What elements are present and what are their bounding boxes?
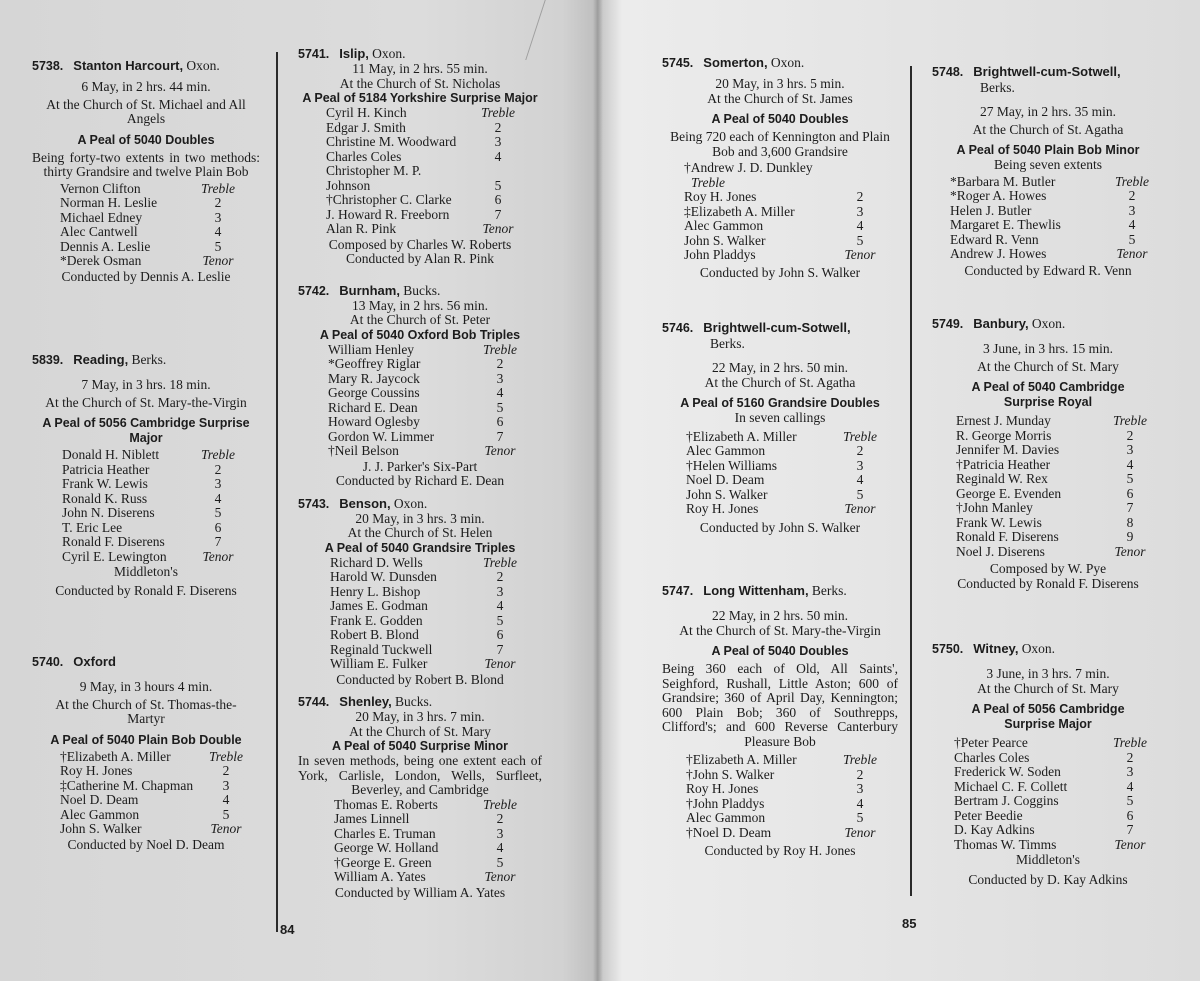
ringer-row: Margaret E. Thewlis4 xyxy=(950,218,1156,233)
peal-entry-5749: 5749.Banbury, Oxon. 3 June, in 3 hrs. 15… xyxy=(932,316,1164,591)
entry-church: At the Church of St. Thomas-the-Martyr xyxy=(32,698,260,727)
entry-date: 20 May, in 3 hrs. 3 min. xyxy=(298,512,542,527)
entry-church: At the Church of St. Mary xyxy=(932,682,1164,697)
ringer-row: John N. Diserens5 xyxy=(62,506,242,521)
ringer-row: Alec Gammon4 xyxy=(684,219,884,234)
entry-church: At the Church of St. Peter xyxy=(298,313,542,328)
ringer-row: John S. Walker5 xyxy=(684,234,884,249)
ringer-row: D. Kay Adkins7 xyxy=(954,823,1154,838)
peal-title: A Peal of 5160 Grandsire Doubles xyxy=(662,396,898,411)
ringer-row: †Christopher C. Clarke6 xyxy=(326,193,522,208)
ringer-row: †Andrew J. D. DunkleyTreble xyxy=(684,161,884,190)
entry-number: 5741. xyxy=(298,47,329,61)
entry-header: 5749.Banbury, Oxon. xyxy=(932,316,1164,332)
ringer-row: R. George Morris2 xyxy=(956,429,1154,444)
peal-title: A Peal of 5040 Cambridge Surprise Royal xyxy=(932,380,1164,410)
ringer-row: Ronald F. Diserens7 xyxy=(62,535,242,550)
entry-conductor: Conducted by William A. Yates xyxy=(298,886,542,901)
ringer-row: Alec Cantwell4 xyxy=(60,225,242,240)
ringer-row: T. Eric Lee6 xyxy=(62,521,242,536)
ringer-row: Henry L. Bishop3 xyxy=(330,585,524,600)
ringer-row: Norman H. Leslie2 xyxy=(60,196,242,211)
ringer-row: Frank W. Lewis8 xyxy=(956,516,1154,531)
ringer-row: Charles Coles4 xyxy=(326,150,522,165)
ringer-row: J. Howard R. Freeborn7 xyxy=(326,208,522,223)
entry-place: Brightwell-cum-Sotwell, xyxy=(973,64,1120,79)
peal-description: Being 360 each of Old, All Saints', Seig… xyxy=(662,662,898,749)
ringer-row: George E. Evenden6 xyxy=(956,487,1154,502)
entry-composer: Composed by Charles W. Roberts xyxy=(298,238,542,253)
ringer-list: Vernon CliftonTreble Norman H. Leslie2 M… xyxy=(32,182,260,269)
ringer-row: †John Manley7 xyxy=(956,501,1154,516)
entry-header: 5741.Islip, Oxon. xyxy=(298,46,542,62)
peal-description: Being 720 each of Kennington and Plain B… xyxy=(662,130,898,159)
ringer-row: Frank W. Lewis3 xyxy=(62,477,242,492)
entry-number: 5749. xyxy=(932,317,963,331)
peal-entry-5742: 5742.Burnham, Bucks. 13 May, in 2 hrs. 5… xyxy=(298,283,542,489)
ringer-row: Alan R. PinkTenor xyxy=(326,222,522,237)
entry-header: 5748.Brightwell-cum-Sotwell,Berks. xyxy=(932,64,1164,95)
entry-county: Berks. xyxy=(131,352,166,367)
entry-place: Islip, xyxy=(339,46,369,61)
entry-county: Bucks. xyxy=(395,694,432,709)
ringer-list: Cyril H. KinchTreble Edgar J. Smith2 Chr… xyxy=(298,106,542,237)
ringer-row: †Peter PearceTreble xyxy=(954,736,1154,751)
ringer-row: Donald H. NiblettTreble xyxy=(62,448,242,463)
ringer-row: Alec Gammon5 xyxy=(60,808,250,823)
entry-conductor: Conducted by Robert B. Blond xyxy=(298,673,542,688)
ringer-row: John S. WalkerTenor xyxy=(60,822,250,837)
entry-church: At the Church of St. Mary-the-Virgin xyxy=(662,624,898,639)
entry-county: Oxon. xyxy=(372,46,405,61)
entry-place: Long Wittenham, xyxy=(703,583,808,598)
ringer-row: Reginald W. Rex5 xyxy=(956,472,1154,487)
entry-date: 11 May, in 2 hrs. 55 min. xyxy=(298,62,542,77)
ringer-row: Alec Gammon2 xyxy=(686,444,884,459)
entry-conductor: Conducted by Ronald F. Diserens xyxy=(932,577,1164,592)
entry-church: At the Church of St. Agatha xyxy=(662,376,898,391)
entry-number: 5743. xyxy=(298,497,329,511)
entry-county: Berks. xyxy=(812,583,847,598)
entry-header: 5746.Brightwell-cum-Sotwell,Berks. xyxy=(662,320,898,351)
entry-number: 5839. xyxy=(32,353,63,367)
ringer-row: ‡Elizabeth A. Miller3 xyxy=(684,205,884,220)
ringer-list: †Elizabeth A. MillerTreble Roy H. Jones2… xyxy=(32,750,260,837)
entry-date: 20 May, in 3 hrs. 7 min. xyxy=(298,710,542,725)
entry-number: 5742. xyxy=(298,284,329,298)
entry-date: 13 May, in 2 hrs. 56 min. xyxy=(298,299,542,314)
ringer-row: William E. FulkerTenor xyxy=(330,657,524,672)
ringer-list: †Andrew J. D. DunkleyTreble Roy H. Jones… xyxy=(662,161,898,263)
ringer-row: Ronald F. Diserens9 xyxy=(956,530,1154,545)
ringer-row: *Derek OsmanTenor xyxy=(60,254,242,269)
ringer-list: †Peter PearceTreble Charles Coles2 Frede… xyxy=(932,736,1164,852)
entry-number: 5745. xyxy=(662,56,693,70)
entry-place: Reading, xyxy=(73,352,128,367)
peal-entry-5743: 5743.Benson, Oxon. 20 May, in 3 hrs. 3 m… xyxy=(298,496,542,688)
ringer-row: Roy H. Jones2 xyxy=(60,764,250,779)
ringer-row: Edward R. Venn5 xyxy=(950,233,1156,248)
ringer-row: Christine M. Woodward3 xyxy=(326,135,522,150)
peal-entry-5740: 5740.Oxford 9 May, in 3 hours 4 min. At … xyxy=(32,654,260,852)
ringer-row: †John S. Walker2 xyxy=(686,768,884,783)
peal-entry-5747: 5747.Long Wittenham, Berks. 22 May, in 2… xyxy=(662,583,898,859)
entry-place: Brightwell-cum-Sotwell, xyxy=(703,320,850,335)
ringer-row: Edgar J. Smith2 xyxy=(326,121,522,136)
ringer-row: Frederick W. Soden3 xyxy=(954,765,1154,780)
ringer-list: Ernest J. MundayTreble R. George Morris2… xyxy=(932,414,1164,559)
ringer-row: Noel D. Deam4 xyxy=(60,793,250,808)
ringer-row: Jennifer M. Davies3 xyxy=(956,443,1154,458)
peal-title: A Peal of 5040 Doubles xyxy=(32,133,260,148)
ringer-row: Thomas E. RobertsTreble xyxy=(334,798,524,813)
ringer-row: John S. Walker5 xyxy=(686,488,884,503)
ringer-row: Helen J. Butler3 xyxy=(950,204,1156,219)
page-number-left: 84 xyxy=(280,922,294,937)
peal-entry-5746: 5746.Brightwell-cum-Sotwell,Berks. 22 Ma… xyxy=(662,320,898,535)
peal-description: In seven methods, being one extent each … xyxy=(298,754,542,798)
entry-header: 5839.Reading, Berks. xyxy=(32,352,260,368)
entry-conductor: Conducted by Alan R. Pink xyxy=(298,252,542,267)
entry-date: 7 May, in 3 hrs. 18 min. xyxy=(32,378,260,393)
entry-header: 5744.Shenley, Bucks. xyxy=(298,694,542,710)
entry-number: 5744. xyxy=(298,695,329,709)
ringer-row: Thomas W. TimmsTenor xyxy=(954,838,1154,853)
ringer-row: George Coussins4 xyxy=(328,386,524,401)
ringer-row: Noel J. DiserensTenor xyxy=(956,545,1154,560)
ringer-row: Robert B. Blond6 xyxy=(330,628,524,643)
ringer-row: Vernon CliftonTreble xyxy=(60,182,242,197)
entry-church: At the Church of St. Michael and All Ang… xyxy=(32,98,260,127)
entry-header: 5750.Witney, Oxon. xyxy=(932,641,1164,657)
ringer-row: Patricia Heather2 xyxy=(62,463,242,478)
ringer-list: Richard D. WellsTreble Harold W. Dunsden… xyxy=(298,556,542,672)
entry-church: At the Church of St. Helen xyxy=(298,526,542,541)
entry-county: Oxon. xyxy=(1032,316,1065,331)
ringer-row: †Noel D. DeamTenor xyxy=(686,826,884,841)
entry-date: 22 May, in 2 hrs. 50 min. xyxy=(662,609,898,624)
entry-church: At the Church of St. Agatha xyxy=(932,123,1164,138)
peal-title: A Peal of 5040 Plain Bob Double xyxy=(32,733,260,748)
peal-description: Being forty-two extents in two methods: … xyxy=(32,151,260,180)
entry-conductor: Conducted by Roy H. Jones xyxy=(662,844,898,859)
entry-conductor: Conducted by John S. Walker xyxy=(662,521,898,536)
entry-place: Stanton Harcourt, xyxy=(73,58,183,73)
ringer-row: Cyril E. LewingtonTenor xyxy=(62,550,242,565)
book-gutter xyxy=(593,0,603,981)
peal-entry-5744: 5744.Shenley, Bucks. 20 May, in 3 hrs. 7… xyxy=(298,694,542,900)
peal-entry-5745: 5745.Somerton, Oxon. 20 May, in 3 hrs. 5… xyxy=(662,55,898,280)
entry-date: 3 June, in 3 hrs. 7 min. xyxy=(932,667,1164,682)
entry-church: At the Church of St. Nicholas xyxy=(298,77,542,92)
entry-composition: J. J. Parker's Six-Part xyxy=(298,460,542,475)
peal-title: A Peal of 5056 Cambridge Surprise Major xyxy=(932,702,1164,732)
ringer-list: *Barbara M. ButlerTreble *Roger A. Howes… xyxy=(932,175,1164,262)
ringer-list: Thomas E. RobertsTreble James Linnell2 C… xyxy=(298,798,542,885)
ringer-row: James E. Godman4 xyxy=(330,599,524,614)
ringer-row: †Elizabeth A. MillerTreble xyxy=(60,750,250,765)
entry-conductor: Conducted by Edward R. Venn xyxy=(932,264,1164,279)
ringer-row: William HenleyTreble xyxy=(328,343,524,358)
entry-date: 27 May, in 2 hrs. 35 min. xyxy=(932,105,1164,120)
entry-header: 5740.Oxford xyxy=(32,654,260,670)
entry-number: 5746. xyxy=(662,321,693,335)
entry-number: 5747. xyxy=(662,584,693,598)
entry-place: Witney, xyxy=(973,641,1018,656)
peal-title: A Peal of 5040 Grandsire Triples xyxy=(298,541,542,556)
ringer-row: Cyril H. KinchTreble xyxy=(326,106,522,121)
ringer-row: James Linnell2 xyxy=(334,812,524,827)
entry-church: At the Church of St. James xyxy=(662,92,898,107)
ringer-row: Richard D. WellsTreble xyxy=(330,556,524,571)
ringer-row: Mary R. Jaycock3 xyxy=(328,372,524,387)
entry-church: At the Church of St. Mary xyxy=(932,360,1164,375)
entry-composition: Middleton's xyxy=(932,853,1164,868)
ringer-row: Roy H. JonesTenor xyxy=(686,502,884,517)
ringer-row: Roy H. Jones2 xyxy=(684,190,884,205)
entry-header: 5745.Somerton, Oxon. xyxy=(662,55,898,71)
ringer-row: Richard E. Dean5 xyxy=(328,401,524,416)
entry-header: 5742.Burnham, Bucks. xyxy=(298,283,542,299)
entry-composition: Middleton's xyxy=(32,565,260,580)
ringer-row: Ronald K. Russ4 xyxy=(62,492,242,507)
ringer-list: †Elizabeth A. MillerTreble Alec Gammon2 … xyxy=(662,430,898,517)
entry-conductor: Conducted by Dennis A. Leslie xyxy=(32,270,260,285)
entry-conductor: Conducted by Ronald F. Diserens xyxy=(32,584,260,599)
ringer-row: George W. Holland4 xyxy=(334,841,524,856)
entry-county: Oxon. xyxy=(771,55,804,70)
ringer-row: †Neil BelsonTenor xyxy=(328,444,524,459)
peal-description: In seven callings xyxy=(662,411,898,426)
ringer-row: †Patricia Heather4 xyxy=(956,458,1154,473)
peal-title: A Peal of 5040 Doubles xyxy=(662,112,898,127)
peal-title: A Peal of 5040 Plain Bob Minor xyxy=(932,143,1164,158)
entry-conductor: Conducted by Richard E. Dean xyxy=(298,474,542,489)
entry-county: Oxon. xyxy=(186,58,219,73)
peal-title: A Peal of 5184 Yorkshire Surprise Major xyxy=(298,91,542,106)
entry-church: At the Church of St. Mary xyxy=(298,725,542,740)
ringer-row: Noel D. Deam4 xyxy=(686,473,884,488)
ringer-row: Reginald Tuckwell7 xyxy=(330,643,524,658)
entry-place: Banbury, xyxy=(973,316,1028,331)
column-divider-right xyxy=(910,66,912,896)
ringer-row: †John Pladdys4 xyxy=(686,797,884,812)
entry-composer: Composed by W. Pye xyxy=(932,562,1164,577)
entry-header: 5738.Stanton Harcourt, Oxon. xyxy=(32,58,260,74)
ringer-list: †Elizabeth A. MillerTreble †John S. Walk… xyxy=(662,753,898,840)
ringer-list: William HenleyTreble *Geoffrey Riglar2 M… xyxy=(298,343,542,459)
ringer-row: Dennis A. Leslie5 xyxy=(60,240,242,255)
entry-header: 5747.Long Wittenham, Berks. xyxy=(662,583,898,599)
ringer-row: John PladdysTenor xyxy=(684,248,884,263)
ringer-row: Ernest J. MundayTreble xyxy=(956,414,1154,429)
entry-conductor: Conducted by Noel D. Deam xyxy=(32,838,260,853)
ringer-row: †George E. Green5 xyxy=(334,856,524,871)
entry-number: 5738. xyxy=(32,59,63,73)
peal-title: A Peal of 5056 Cambridge Surprise Major xyxy=(32,416,260,446)
column-1: 5738.Stanton Harcourt, Oxon. 6 May, in 2… xyxy=(32,58,260,852)
entry-place: Burnham, xyxy=(339,283,400,298)
entry-date: 3 June, in 3 hrs. 15 min. xyxy=(932,342,1164,357)
entry-conductor: Conducted by D. Kay Adkins xyxy=(932,873,1164,888)
peal-entry-5741: 5741.Islip, Oxon. 11 May, in 2 hrs. 55 m… xyxy=(298,46,542,267)
peal-title: A Peal of 5040 Oxford Bob Triples xyxy=(298,328,542,343)
entry-county: Berks. xyxy=(662,336,898,351)
ringer-row: ‡Catherine M. Chapman3 xyxy=(60,779,250,794)
entry-number: 5748. xyxy=(932,65,963,79)
ringer-row: Michael Edney3 xyxy=(60,211,242,226)
ringer-row: Roy H. Jones3 xyxy=(686,782,884,797)
ringer-row: †Elizabeth A. MillerTreble xyxy=(686,753,884,768)
entry-place: Benson, xyxy=(339,496,390,511)
entry-place: Somerton, xyxy=(703,55,767,70)
peal-entry-5839: 5839.Reading, Berks. 7 May, in 3 hrs. 18… xyxy=(32,352,260,598)
ringer-row: Harold W. Dunsden2 xyxy=(330,570,524,585)
entry-place: Shenley, xyxy=(339,694,392,709)
column-4: 5748.Brightwell-cum-Sotwell,Berks. 27 Ma… xyxy=(932,64,1164,887)
ringer-row: *Roger A. Howes2 xyxy=(950,189,1156,204)
entry-county: Bucks. xyxy=(403,283,440,298)
ringer-row: Charles E. Truman3 xyxy=(334,827,524,842)
ringer-row: Michael C. F. Collett4 xyxy=(954,780,1154,795)
entry-church: At the Church of St. Mary-the-Virgin xyxy=(32,396,260,411)
ringer-row: Frank E. Godden5 xyxy=(330,614,524,629)
column-2: 5741.Islip, Oxon. 11 May, in 2 hrs. 55 m… xyxy=(298,46,542,900)
ringer-row: Peter Beedie6 xyxy=(954,809,1154,824)
entry-county: Berks. xyxy=(932,80,1164,95)
ringer-row: Christopher M. P. Johnson5 xyxy=(326,164,522,193)
entry-number: 5750. xyxy=(932,642,963,656)
column-3: 5745.Somerton, Oxon. 20 May, in 3 hrs. 5… xyxy=(662,55,898,859)
ringer-list: Donald H. NiblettTreble Patricia Heather… xyxy=(32,448,260,564)
entry-date: 22 May, in 2 hrs. 50 min. xyxy=(662,361,898,376)
peal-entry-5750: 5750.Witney, Oxon. 3 June, in 3 hrs. 7 m… xyxy=(932,641,1164,887)
ringer-row: Gordon W. Limmer7 xyxy=(328,430,524,445)
peal-description: Being seven extents xyxy=(932,158,1164,173)
entry-place: Oxford xyxy=(73,654,116,669)
ringer-row: William A. YatesTenor xyxy=(334,870,524,885)
ringer-row: Andrew J. HowesTenor xyxy=(950,247,1156,262)
ringer-row: Bertram J. Coggins5 xyxy=(954,794,1154,809)
entry-county: Oxon. xyxy=(1022,641,1055,656)
ringer-row: †Helen Williams3 xyxy=(686,459,884,474)
ringer-row: Charles Coles2 xyxy=(954,751,1154,766)
peal-entry-5748: 5748.Brightwell-cum-Sotwell,Berks. 27 Ma… xyxy=(932,64,1164,278)
entry-date: 20 May, in 3 hrs. 5 min. xyxy=(662,77,898,92)
entry-county: Oxon. xyxy=(394,496,427,511)
ringer-row: *Geoffrey Riglar2 xyxy=(328,357,524,372)
ringer-row: Alec Gammon5 xyxy=(686,811,884,826)
column-divider-left xyxy=(276,52,278,932)
entry-header: 5743.Benson, Oxon. xyxy=(298,496,542,512)
peal-entry-5738: 5738.Stanton Harcourt, Oxon. 6 May, in 2… xyxy=(32,58,260,284)
entry-date: 9 May, in 3 hours 4 min. xyxy=(32,680,260,695)
entry-conductor: Conducted by John S. Walker xyxy=(662,266,898,281)
page-number-right: 85 xyxy=(902,916,916,931)
entry-date: 6 May, in 2 hrs. 44 min. xyxy=(32,80,260,95)
entry-number: 5740. xyxy=(32,655,63,669)
peal-title: A Peal of 5040 Doubles xyxy=(662,644,898,659)
ringer-row: Howard Oglesby6 xyxy=(328,415,524,430)
peal-title: A Peal of 5040 Surprise Minor xyxy=(298,739,542,754)
ringer-row: *Barbara M. ButlerTreble xyxy=(950,175,1156,190)
ringer-row: †Elizabeth A. MillerTreble xyxy=(686,430,884,445)
